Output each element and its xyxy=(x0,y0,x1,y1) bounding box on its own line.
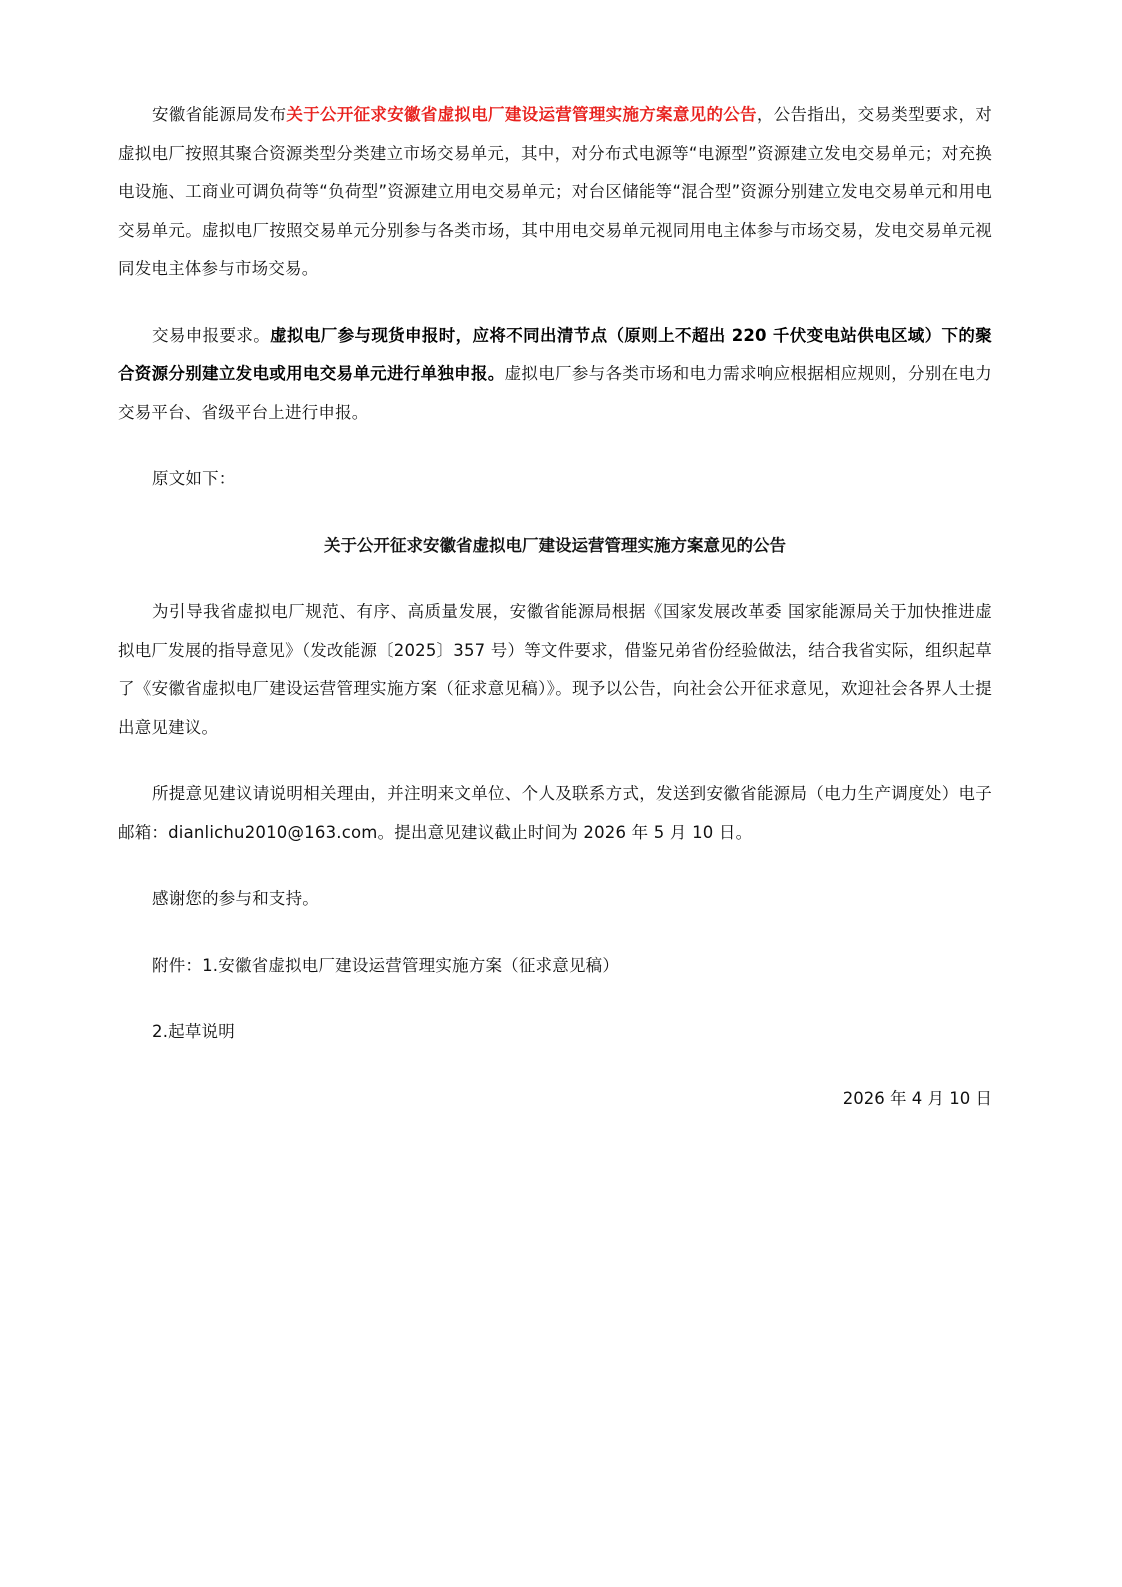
notice-paragraph-1: 为引导我省虚拟电厂规范、有序、高质量发展，安徽省能源局根据《国家发展改革委 国家… xyxy=(118,593,992,747)
declaration-paragraph: 交易申报要求。虚拟电厂参与现货申报时，应将不同出清节点（原则上不超出 220 千… xyxy=(118,317,992,433)
attachment-2: 2.起草说明 xyxy=(118,1013,992,1052)
notice-title: 关于公开征求安徽省虚拟电厂建设运营管理实施方案意见的公告 xyxy=(118,527,992,566)
attachment-1: 附件：1.安徽省虚拟电厂建设运营管理实施方案（征求意见稿） xyxy=(118,947,992,986)
notice-paragraph-2: 所提意见建议请说明相关理由，并注明来文单位、个人及联系方式，发送到安徽省能源局（… xyxy=(118,775,992,852)
notice-link[interactable]: 关于公开征求安徽省虚拟电厂建设运营管理实施方案意见的公告 xyxy=(286,105,756,124)
thanks-text: 感谢您的参与和支持。 xyxy=(118,880,992,919)
declaration-prefix: 交易申报要求。 xyxy=(152,326,270,345)
document-page: 安徽省能源局发布关于公开征求安徽省虚拟电厂建设运营管理实施方案意见的公告，公告指… xyxy=(118,96,992,1118)
email-address: dianlichu2010@163.com xyxy=(168,823,377,842)
intro-prefix: 安徽省能源局发布 xyxy=(152,105,286,124)
original-label: 原文如下： xyxy=(118,460,992,499)
intro-suffix: ，公告指出，交易类型要求，对虚拟电厂按照其聚合资源类型分类建立市场交易单元，其中… xyxy=(118,105,992,278)
paragraph2-suffix: 。提出意见建议截止时间为 2026 年 5 月 10 日。 xyxy=(378,823,753,842)
intro-paragraph: 安徽省能源局发布关于公开征求安徽省虚拟电厂建设运营管理实施方案意见的公告，公告指… xyxy=(118,96,992,289)
notice-date: 2026 年 4 月 10 日 xyxy=(118,1080,992,1119)
